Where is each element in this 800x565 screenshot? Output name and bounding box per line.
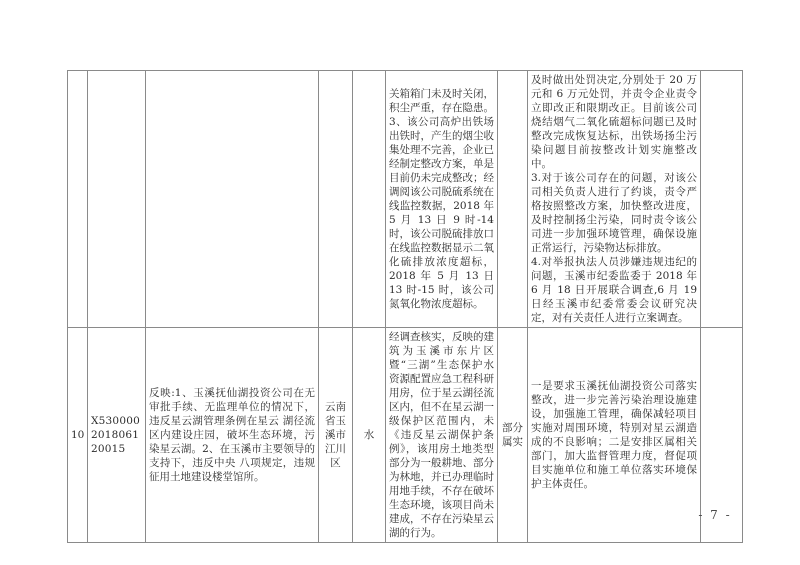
cell-complaint: 反映:1、玉溪抚仙湖投资公司在无审批手续、无监理单位的情况下，违反星云湖管理条例…	[146, 328, 319, 543]
table-row-continuation: 关箱箱门未及时关闭，积尘严重，存在隐患。3、该公司高炉出铁场出铁时，产生的烟尘收…	[68, 71, 743, 328]
report-table: 关箱箱门未及时关闭，积尘严重，存在隐患。3、该公司高炉出铁场出铁时，产生的烟尘收…	[67, 70, 743, 543]
cell-verified-cont	[498, 71, 528, 328]
cell-type-cont	[353, 71, 386, 328]
cell-region-cont	[319, 71, 353, 328]
cell-complaint-cont	[146, 71, 319, 328]
cell-measures-cont: 及时做出处罚决定,分别处于 20 万元和 6 万元处罚，并责令企业责令立即改正和…	[528, 71, 701, 328]
cell-code: X530000201806120015	[88, 328, 146, 543]
page-number: - 7 -	[680, 508, 750, 522]
cell-investigation: 经调查核实，反映的建筑为玉溪市东片区暨“三湖”生态保护水资源配置应急工程科研用房…	[386, 328, 498, 543]
cell-remark-cont	[701, 71, 743, 328]
cell-code-cont	[88, 71, 146, 328]
table-row-10: 10 X530000201806120015 反映:1、玉溪抚仙湖投资公司在无审…	[68, 328, 743, 543]
cell-seq-cont	[68, 71, 88, 328]
cell-verified: 部分属实	[498, 328, 528, 543]
cell-seq: 10	[68, 328, 88, 543]
document-page: 关箱箱门未及时关闭，积尘严重，存在隐患。3、该公司高炉出铁场出铁时，产生的烟尘收…	[0, 0, 800, 565]
cell-region: 云南省玉溪市江川区	[319, 328, 353, 543]
cell-investigation-cont: 关箱箱门未及时关闭，积尘严重，存在隐患。3、该公司高炉出铁场出铁时，产生的烟尘收…	[386, 71, 498, 328]
cell-measures: 一是要求玉溪抚仙湖投资公司落实整改，进一步完善污染治理设施建设，加强施工管理，确…	[528, 328, 701, 543]
cell-type: 水	[353, 328, 386, 543]
